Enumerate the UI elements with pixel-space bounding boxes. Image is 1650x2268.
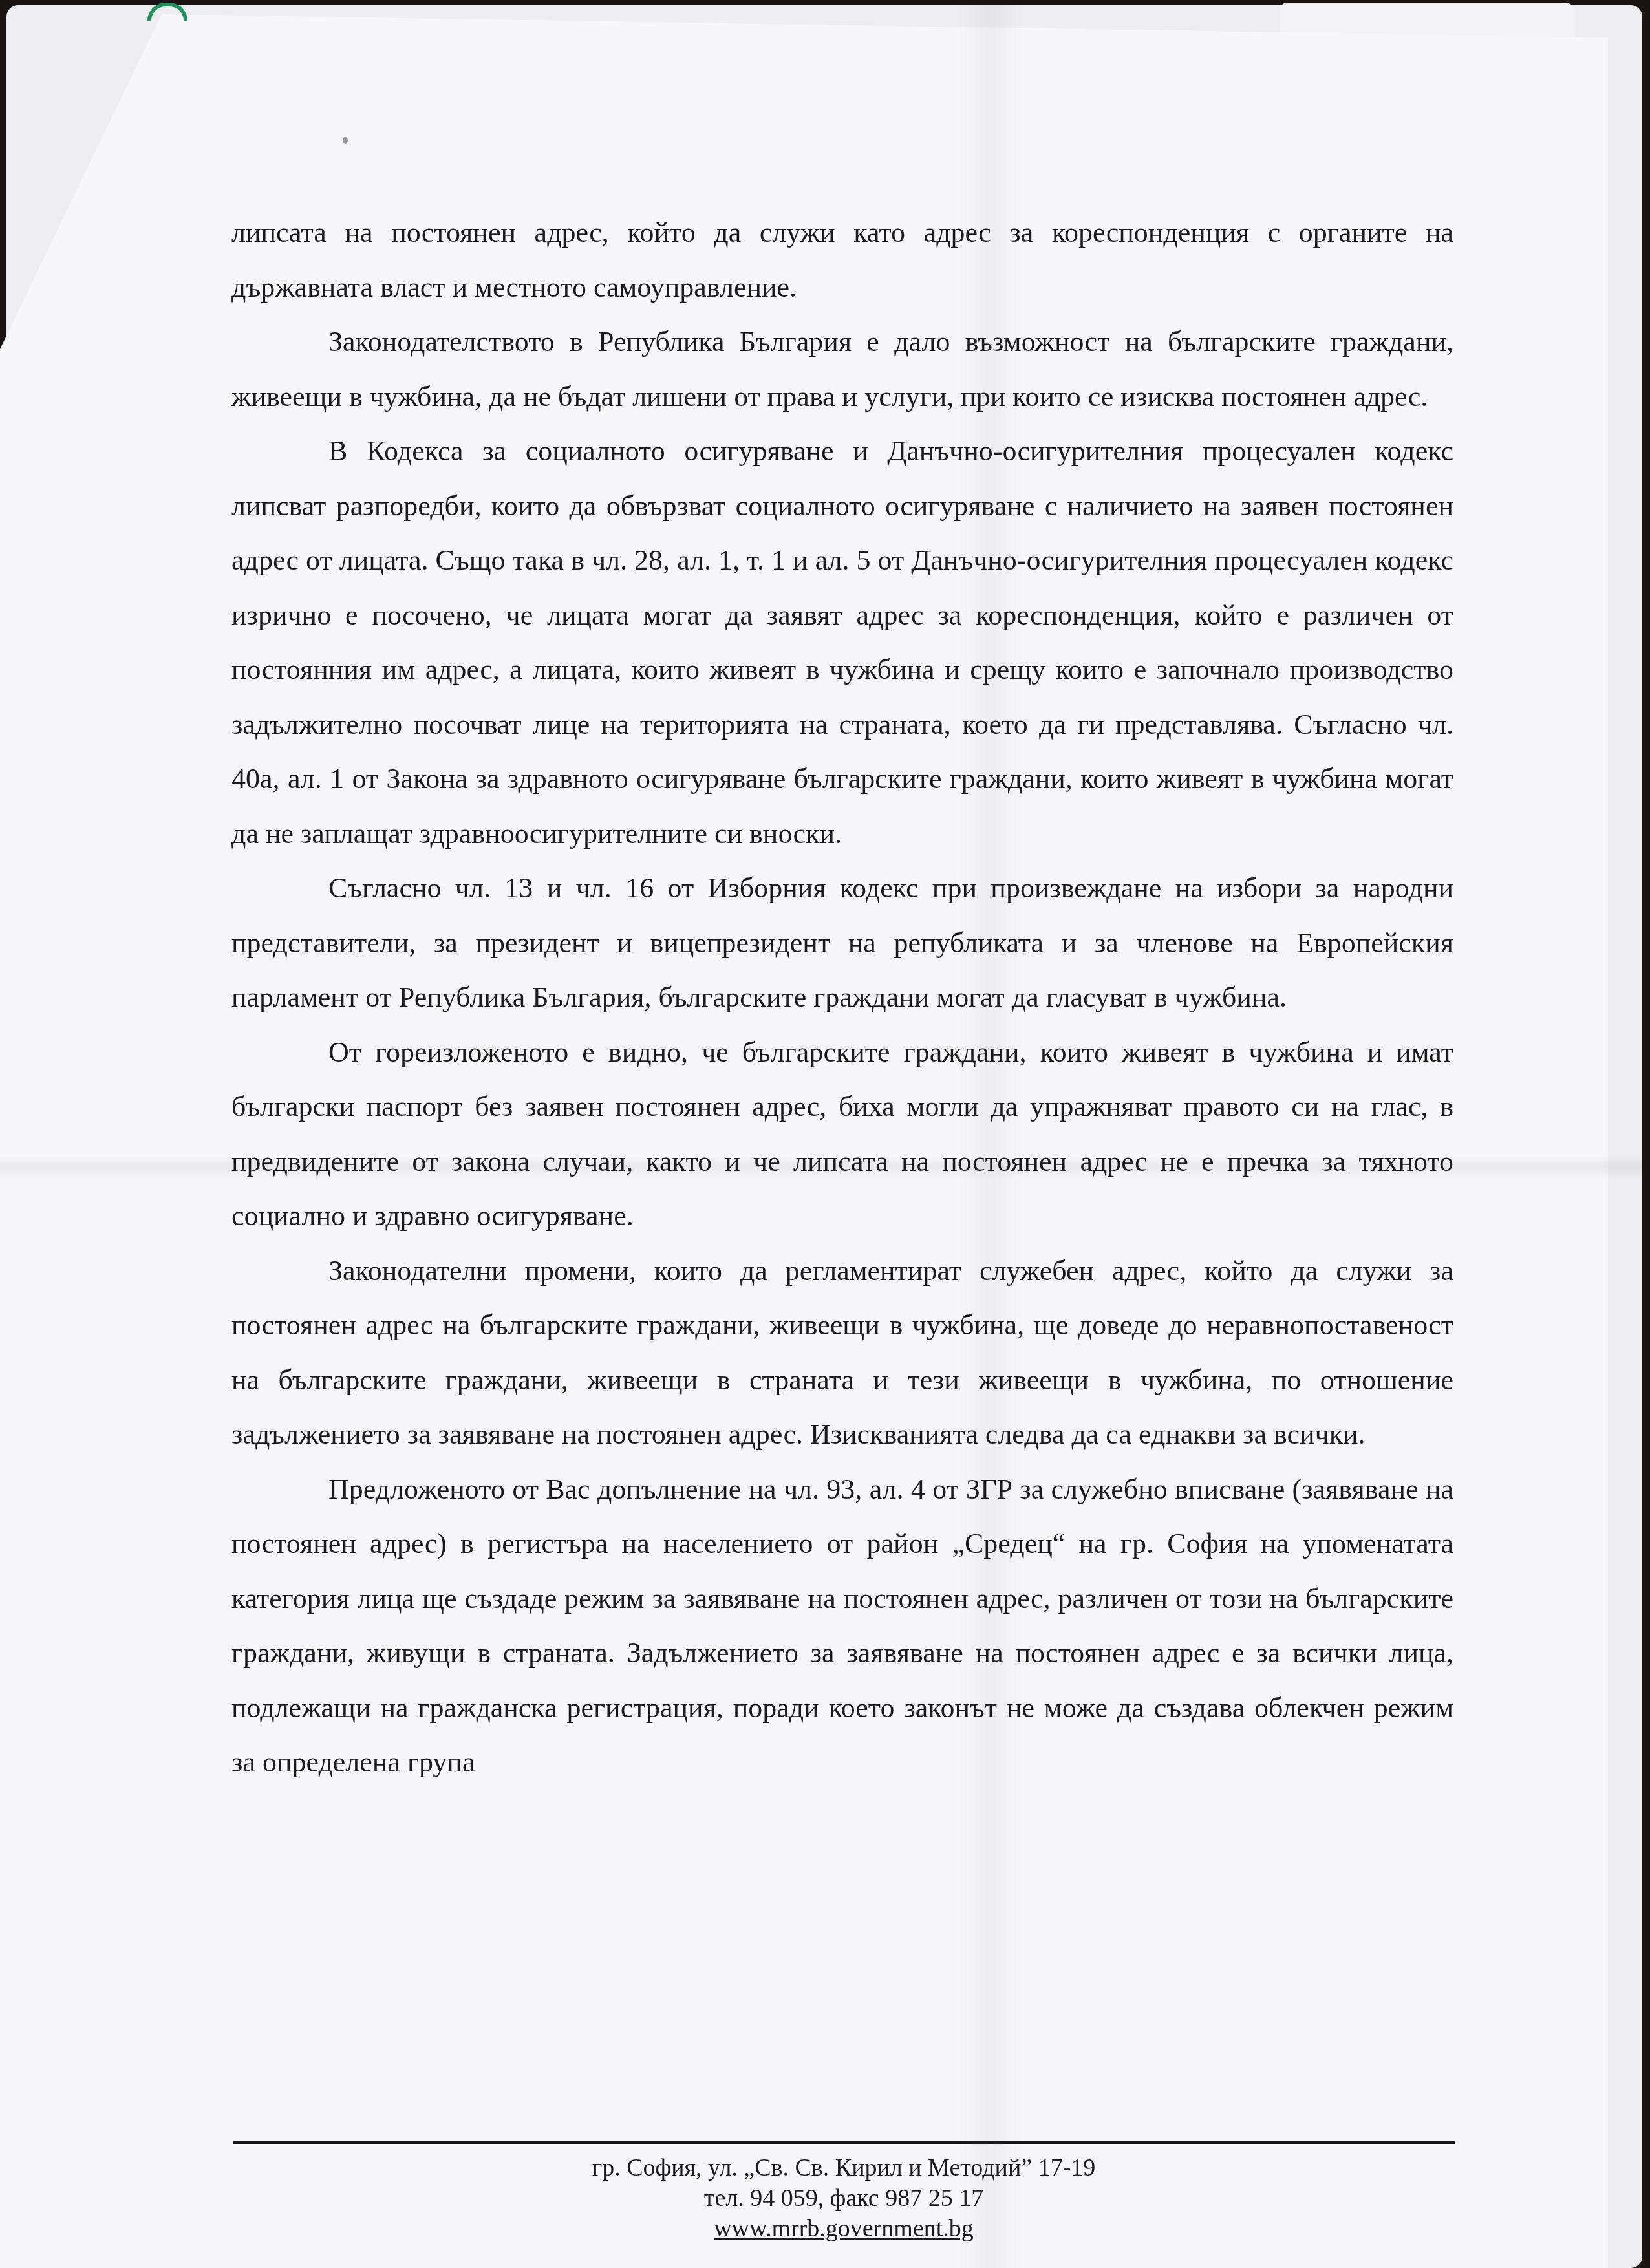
paragraph: Законодателни промени, които да регламен… [231, 1244, 1453, 1462]
paragraph: В Кодекса за социалното осигуряване и Да… [231, 424, 1453, 861]
letterhead-footer: гр. София, ул. „Св. Св. Кирил и Методий”… [233, 2153, 1455, 2244]
paragraph: От гореизложеното е видно, че българскит… [231, 1025, 1453, 1244]
footer-address: гр. София, ул. „Св. Св. Кирил и Методий”… [233, 2153, 1455, 2183]
letter-body: липсата на постоянен адрес, който да слу… [231, 206, 1453, 1790]
paragraph: липсата на постоянен адрес, който да слу… [231, 206, 1453, 315]
footer-phone: тел. 94 059, факс 987 25 17 [233, 2183, 1455, 2214]
paragraph: Предложеното от Вас допълнение на чл. 93… [231, 1462, 1453, 1790]
paragraph: Законодателството в Република България е… [231, 315, 1453, 424]
footer-divider [233, 2141, 1455, 2144]
footer-website-link[interactable]: www.mrrb.government.bg [714, 2215, 974, 2242]
paragraph: Съгласно чл. 13 и чл. 16 от Изборния код… [231, 861, 1453, 1025]
ink-speck [343, 137, 348, 144]
